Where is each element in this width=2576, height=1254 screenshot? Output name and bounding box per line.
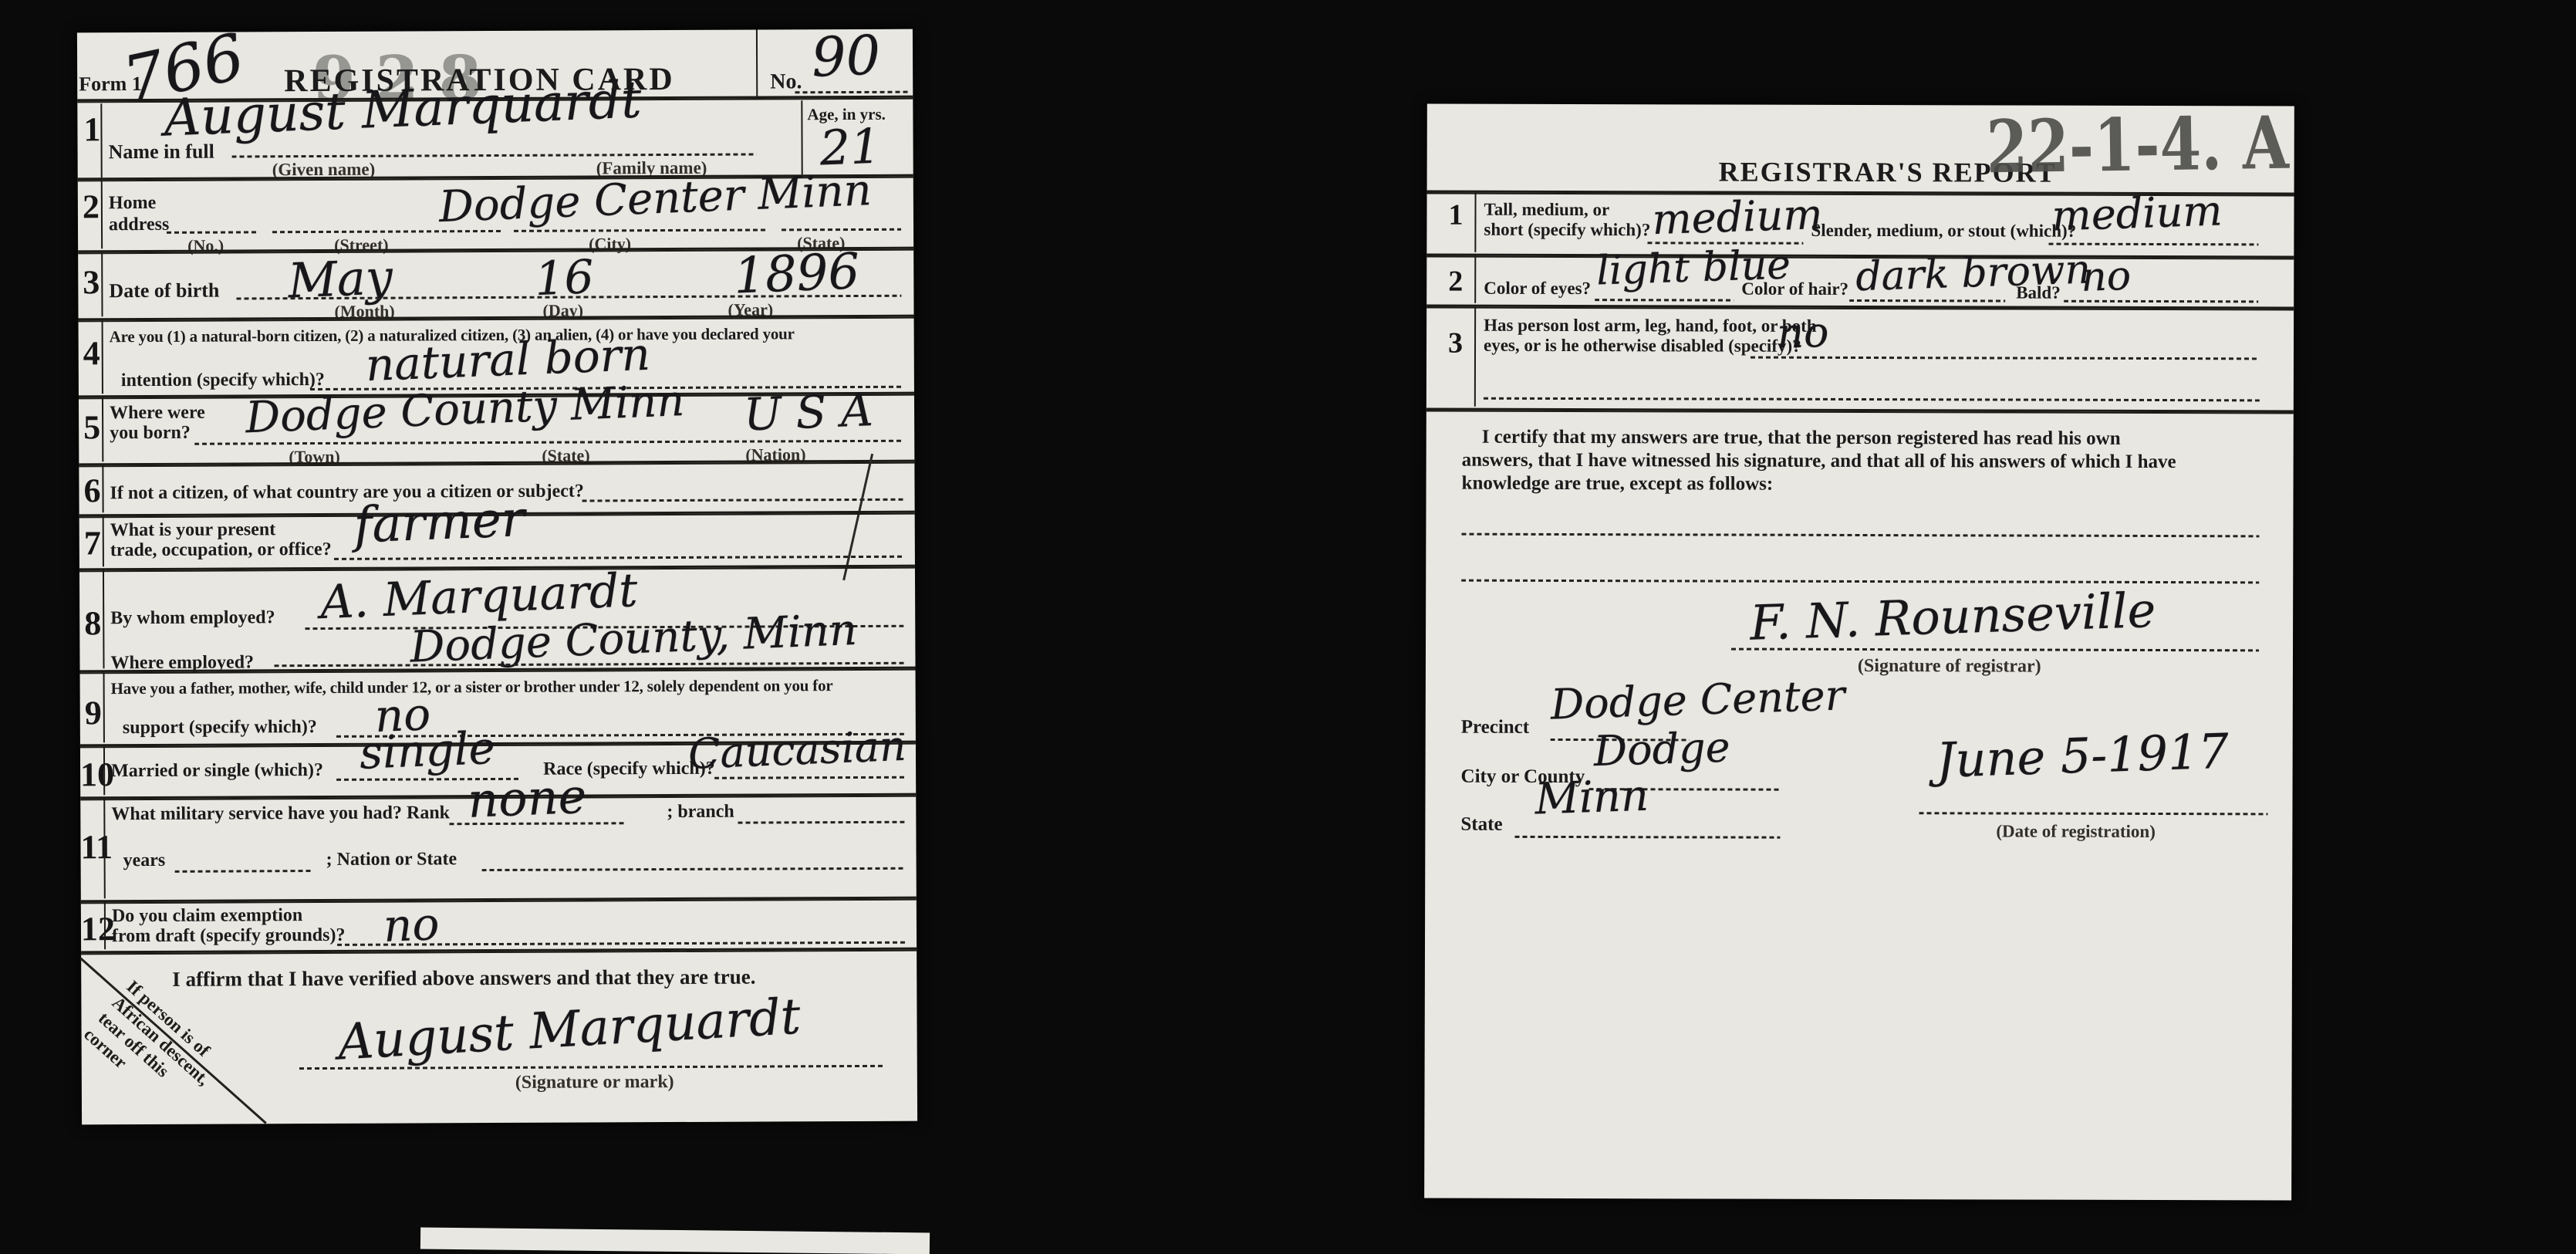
row3-number: 3 bbox=[83, 262, 100, 302]
report-row2-rule bbox=[1426, 305, 2294, 311]
row12-number: 12 bbox=[81, 909, 115, 948]
trade-answer-handwritten: farmer bbox=[353, 491, 525, 555]
precinct-label: Precinct bbox=[1461, 717, 1529, 739]
row7-vline bbox=[103, 515, 104, 566]
dependents-question-line1: Have you a father, mother, wife, child u… bbox=[111, 676, 833, 698]
certify-line3: knowledge are true, except as follows: bbox=[1462, 473, 1774, 495]
adjacent-card-edge bbox=[420, 1228, 930, 1254]
registrant-signature-handwritten: August Marquardt bbox=[336, 989, 802, 1072]
build-answer-handwritten: medium bbox=[1652, 190, 1824, 244]
dob-label: Date of birth bbox=[109, 279, 219, 303]
registrar-signature-dotted-line bbox=[1731, 648, 2259, 652]
signature-sublabel: (Signature or mark) bbox=[515, 1072, 674, 1093]
row11-number: 11 bbox=[80, 827, 113, 867]
no-value-handwritten: 90 bbox=[810, 23, 881, 89]
years-label: years bbox=[123, 850, 166, 871]
row11-rule bbox=[81, 897, 917, 904]
exemption-label-line1: Do you claim exemption bbox=[112, 905, 302, 927]
trade-label-line1: What is your present bbox=[110, 519, 276, 541]
hair-label: Color of hair? bbox=[1741, 279, 1848, 299]
row8-number: 8 bbox=[84, 603, 101, 643]
address-dotted-3 bbox=[514, 228, 768, 232]
row12-vline bbox=[104, 901, 106, 949]
report-row3-rule bbox=[1426, 408, 2294, 414]
scanned-document-background: Form 1 766 928 REGISTRATION CARD No. 90 … bbox=[0, 0, 2576, 1254]
registration-date-sublabel: (Date of registration) bbox=[1996, 821, 2156, 842]
row10-vline bbox=[103, 745, 105, 795]
row2-number: 2 bbox=[83, 187, 100, 226]
registration-card: Form 1 766 928 REGISTRATION CARD No. 90 … bbox=[77, 29, 917, 1125]
african-descent-corner-note: If person is of African descent, tear of… bbox=[79, 976, 228, 1122]
employer-label: By whom employed? bbox=[110, 607, 275, 629]
row10-number: 10 bbox=[80, 755, 114, 794]
bald-dotted-line bbox=[2064, 300, 2258, 303]
years-dotted-line bbox=[175, 870, 312, 873]
height-label-line1: Tall, medium, or bbox=[1484, 200, 1609, 220]
registrar-signature-sublabel: (Signature of registrar) bbox=[1858, 656, 2041, 678]
no-dotted-line bbox=[795, 91, 909, 94]
slender-stout-label: Slender, medium, or stout (which)? bbox=[1811, 221, 2076, 242]
row9-number: 9 bbox=[85, 693, 102, 732]
eyes-label: Color of eyes? bbox=[1484, 279, 1591, 299]
report-row1-vline bbox=[1474, 192, 1476, 252]
registrar-signature-handwritten: F. N. Rounseville bbox=[1749, 582, 2156, 651]
trade-dotted-line bbox=[334, 556, 903, 560]
married-label: Married or single (which)? bbox=[111, 760, 323, 782]
certify-line2: answers, that I have witnessed his signa… bbox=[1462, 450, 2176, 473]
address-dotted-4 bbox=[782, 228, 901, 232]
born-label-line2: you born? bbox=[110, 423, 191, 444]
row11-vline bbox=[103, 798, 106, 898]
address-dotted-1 bbox=[167, 231, 259, 234]
military-label: What military service have you had? Rank bbox=[111, 803, 450, 825]
rank-dotted-line bbox=[449, 822, 625, 825]
home-label-line2: address bbox=[109, 215, 169, 235]
registration-date-handwritten: June 5-1917 bbox=[1936, 723, 2230, 789]
row8-vline bbox=[103, 570, 105, 668]
pen-stroke bbox=[842, 454, 873, 581]
row6-vline bbox=[102, 465, 103, 512]
row1-vline bbox=[100, 103, 102, 177]
row5-vline bbox=[102, 397, 103, 461]
row3-vline bbox=[101, 252, 103, 316]
branch-dotted-line bbox=[738, 821, 904, 824]
row5-number: 5 bbox=[83, 407, 100, 447]
header-divider-line bbox=[756, 30, 758, 98]
bald-answer-handwritten: no bbox=[2080, 253, 2132, 301]
branch-label: ; branch bbox=[667, 802, 734, 823]
report-row3-number: 3 bbox=[1448, 326, 1463, 360]
report-row1-number: 1 bbox=[1448, 198, 1463, 232]
home-label-line1: Home bbox=[109, 193, 156, 214]
report-row2-vline bbox=[1474, 255, 1476, 303]
report-row3-vline bbox=[1474, 306, 1476, 407]
row2-vline bbox=[101, 179, 103, 248]
name-dotted-line bbox=[232, 154, 757, 158]
certify-line1: I certify that my answers are true, that… bbox=[1482, 427, 2121, 450]
citizen-question-line2: intention (specify which)? bbox=[121, 370, 325, 391]
not-citizen-dotted-line bbox=[582, 499, 903, 502]
exceptions-dotted-line1 bbox=[1461, 533, 2259, 538]
race-answer-handwritten: Caucasian bbox=[687, 722, 907, 779]
row5-rule bbox=[79, 460, 914, 468]
precinct-handwritten: Dodge Center bbox=[1550, 671, 1845, 728]
row7-number: 7 bbox=[84, 523, 101, 563]
report-row2-number: 2 bbox=[1448, 265, 1463, 299]
disabled-answer-handwritten: no bbox=[1776, 308, 1829, 358]
born-nation-handwritten: U S A bbox=[743, 384, 874, 441]
nation-state-label: ; Nation or State bbox=[326, 849, 457, 870]
row4-number: 4 bbox=[83, 333, 100, 373]
state-label: State bbox=[1460, 814, 1502, 836]
stout-answer-handwritten: medium bbox=[2051, 186, 2223, 240]
row9-vline bbox=[103, 671, 105, 742]
height-label-line2: short (specify which)? bbox=[1484, 220, 1650, 241]
row3-blank-dotted-line bbox=[1484, 397, 2260, 402]
row1-number: 1 bbox=[83, 110, 100, 149]
affirmation-text: I affirm that I have verified above answ… bbox=[172, 965, 755, 992]
state-handwritten: Minn bbox=[1534, 771, 1649, 825]
row12-rule bbox=[81, 948, 917, 955]
disabled-label-line2: eyes, or is he otherwise disabled (speci… bbox=[1484, 336, 1801, 357]
race-dotted-line bbox=[714, 776, 904, 779]
state-dotted-line bbox=[1514, 836, 1780, 839]
address-dotted-2 bbox=[272, 230, 502, 233]
born-label-line1: Where were bbox=[110, 403, 205, 424]
eyes-dotted-line bbox=[1595, 299, 1734, 301]
rank-answer-handwritten: none bbox=[467, 768, 588, 829]
row6-number: 6 bbox=[83, 471, 100, 510]
disabled-label-line1: Has person lost arm, leg, hand, foot, or… bbox=[1484, 316, 1817, 336]
city-county-handwritten: Dodge bbox=[1593, 722, 1731, 776]
registration-date-dotted-line bbox=[1919, 812, 2267, 815]
registrars-report-card: REGISTRAR'S REPORT 22-1-4. A 1 Tall, med… bbox=[1424, 104, 2294, 1201]
hair-dotted-line bbox=[1849, 299, 2005, 303]
row4-vline bbox=[102, 319, 103, 394]
trade-label-line2: trade, occupation, or office? bbox=[110, 539, 332, 561]
row3-rule bbox=[79, 315, 914, 323]
dob-month-handwritten: May bbox=[287, 248, 393, 309]
stout-dotted-line bbox=[2048, 243, 2258, 246]
dependents-question-line2: support (specify which)? bbox=[123, 717, 317, 739]
nation-state-dotted-line bbox=[482, 867, 905, 871]
married-answer-handwritten: single bbox=[359, 722, 496, 779]
age-box-vline bbox=[801, 100, 802, 174]
report-stamp-number: 22-1-4. A bbox=[1986, 101, 2290, 191]
exemption-label-line2: from draft (specify grounds)? bbox=[112, 925, 346, 947]
disabled-dotted-line bbox=[1751, 357, 2260, 360]
bald-label: Bald? bbox=[2016, 283, 2061, 303]
